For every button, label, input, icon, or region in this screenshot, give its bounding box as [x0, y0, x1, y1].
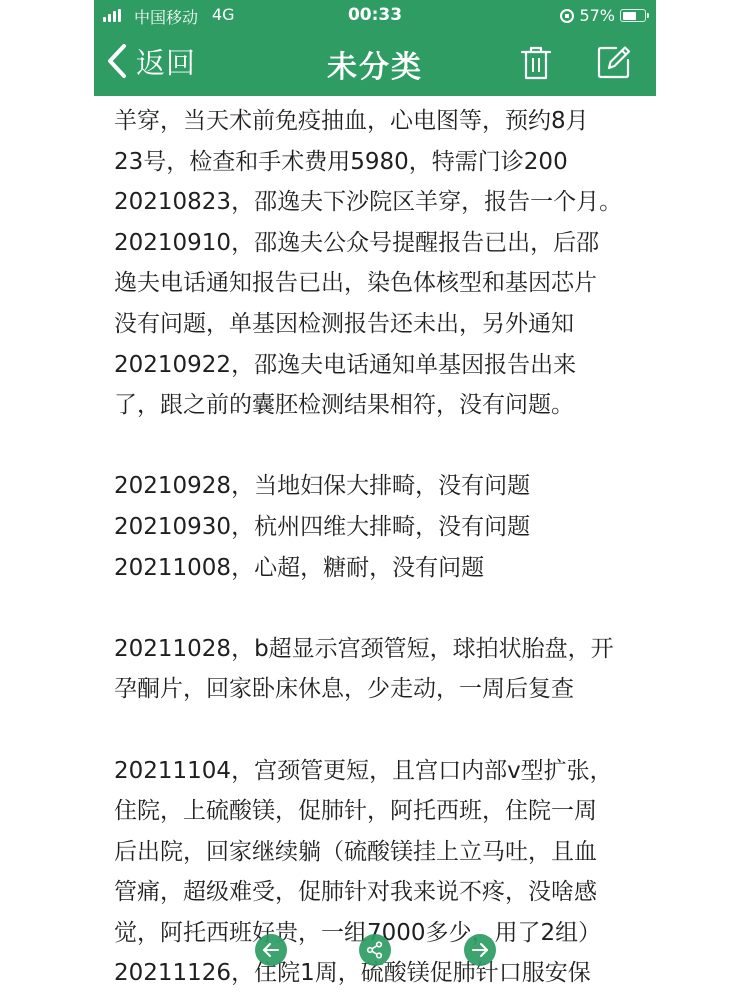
navigation-bar: 返回 未分类 [94, 30, 656, 96]
note-line: 20211104，宫颈管更短，且宫口内部v型扩张， [114, 751, 644, 792]
trash-icon [520, 45, 552, 81]
delete-button[interactable] [520, 45, 552, 81]
note-blank-line [114, 710, 644, 751]
previous-note-button[interactable] [255, 934, 287, 966]
note-line: 管痛，超级难受，促肺针对我来说不疼，没啥感 [114, 872, 644, 913]
note-line: 20210910，邵逸夫公众号提醒报告已出，后邵 [114, 223, 644, 264]
battery-status: 57% [560, 6, 646, 25]
status-bar: 中国移动 4G 00:33 57% [94, 0, 656, 30]
note-blank-line [114, 588, 644, 629]
app-header: 中国移动 4G 00:33 57% 返回 未分类 [94, 0, 656, 96]
note-line: 住院，上硫酸镁，促肺针，阿托西班，住院一周 [114, 791, 644, 832]
note-line: 20211028，b超显示宫颈管短，球拍状胎盘，开 [114, 629, 644, 670]
next-note-button[interactable] [464, 934, 496, 966]
note-line: 20211008，心超，糖耐，没有问题 [114, 548, 644, 589]
note-line: 20210922，邵逸夫电话通知单基因报告出来 [114, 345, 644, 386]
edit-pencil-icon [596, 44, 632, 80]
phone-screen: 中国移动 4G 00:33 57% 返回 未分类 [94, 0, 656, 1000]
note-line: 逸夫电话通知报告已出，染色体核型和基因芯片 [114, 263, 644, 304]
battery-percent: 57% [579, 6, 615, 25]
note-line: 后出院，回家继续躺（硫酸镁挂上立马吐，且血 [114, 832, 644, 873]
note-line: 23号，检查和手术费用5980，特需门诊200 [114, 142, 644, 183]
note-line: 羊穿，当天术前免疫抽血，心电图等，预约8月 [114, 101, 644, 142]
note-blank-line [114, 426, 644, 467]
page-title: 未分类 [94, 42, 656, 86]
rotation-lock-icon [560, 9, 574, 23]
note-line: 20210823，邵逸夫下沙院区羊穿，报告一个月。 [114, 182, 644, 223]
share-icon [365, 940, 385, 960]
note-line: 了，跟之前的囊胚检测结果相符，没有问题。 [114, 385, 644, 426]
arrow-left-icon [261, 940, 281, 960]
note-content[interactable]: 羊穿，当天术前免疫抽血，心电图等，预约8月 23号，检查和手术费用5980，特需… [114, 101, 644, 994]
note-line: 孕酮片，回家卧床休息，少走动，一周后复查 [114, 669, 644, 710]
edit-button[interactable] [596, 44, 632, 80]
battery-icon [620, 9, 646, 22]
note-line: 20210930，杭州四维大排畸，没有问题 [114, 507, 644, 548]
arrow-right-icon [470, 940, 490, 960]
note-line: 没有问题，单基因检测报告还未出，另外通知 [114, 304, 644, 345]
note-line: 20210928，当地妇保大排畸，没有问题 [114, 466, 644, 507]
share-button[interactable] [359, 934, 391, 966]
